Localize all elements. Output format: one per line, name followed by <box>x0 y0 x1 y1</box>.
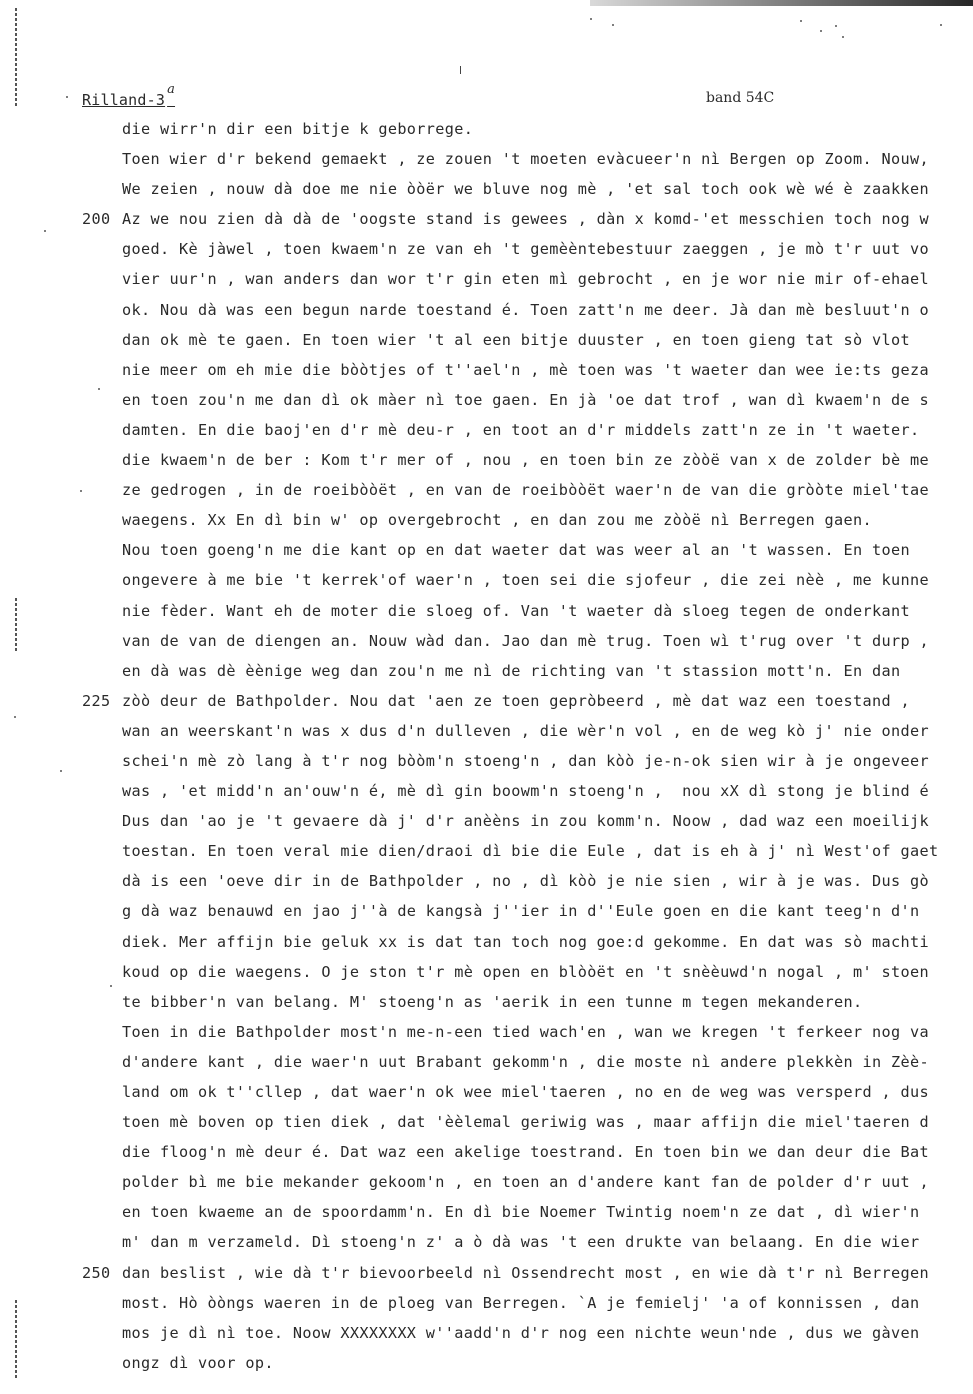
transcript-line: Toen in die Bathpolder most'n me-n-een t… <box>0 1021 973 1051</box>
line-text: dà is een 'oeve dir in de Bathpolder , n… <box>122 870 973 892</box>
transcript-line: nie meer om eh mie die bòòtjes of t''ael… <box>0 359 973 389</box>
transcript-line: ongevere à me bie 't kerrek'of waer'n , … <box>0 569 973 599</box>
transcript-body: die wirr'n dir een bitje k geborrege.Toe… <box>0 118 973 1382</box>
line-text: die floog'n mè deur é. Dat waz een akeli… <box>122 1141 973 1163</box>
transcript-line: van de van de diengen an. Nouw wàd dan. … <box>0 630 973 660</box>
line-text: ok. Nou dà was een begun narde toestand … <box>122 299 973 321</box>
line-number: 250 <box>82 1262 118 1284</box>
line-text: nie fèder. Want eh de moter die sloeg of… <box>122 600 973 622</box>
transcript-line: en toen kwaeme an de spoordamm'n. En dì … <box>0 1201 973 1231</box>
line-text: koud op die waegens. O je ston t'r mè op… <box>122 961 973 983</box>
line-text: d'andere kant , die waer'n uut Brabant g… <box>122 1051 973 1073</box>
line-text: Az we nou zien dà dà de 'oogste stand is… <box>122 208 973 230</box>
scan-speckle <box>66 96 68 98</box>
line-text: Toen in die Bathpolder most'n me-n-een t… <box>122 1021 973 1043</box>
scan-speckle <box>820 30 822 32</box>
transcript-line: waegens. Xx En dì bin w' op overgebrocht… <box>0 509 973 539</box>
line-text: was , 'et midd'n an'ouw'n é, mè dì gin b… <box>122 780 973 802</box>
transcript-line: die wirr'n dir een bitje k geborrege. <box>0 118 973 148</box>
scan-speckle <box>612 24 614 26</box>
transcript-line: mos je dì nì toe. Noow XXXXXXXX w''aadd'… <box>0 1322 973 1352</box>
transcript-line: toestan. En toen veral mie dien/draoi dì… <box>0 840 973 870</box>
line-text: toestan. En toen veral mie dien/draoi dì… <box>122 840 973 862</box>
transcript-line: die kwaem'n de ber : Kom t'r mer of , no… <box>0 449 973 479</box>
document-header-title: Rilland-3a <box>82 88 175 109</box>
transcript-line: te bibber'n van belang. M' stoeng'n as '… <box>0 991 973 1021</box>
line-text: diek. Mer affijn bie geluk xx is dat tan… <box>122 931 973 953</box>
transcript-line: 225zòò deur de Bathpolder. Nou dat 'aen … <box>0 690 973 720</box>
transcript-line: damten. En die baoj'en d'r mè deu-r , en… <box>0 419 973 449</box>
transcript-line: We zeien , nouw dà doe me nie òòër we bl… <box>0 178 973 208</box>
line-text: dan ok mè te gaen. En toen wier 't al ee… <box>122 329 973 351</box>
line-text: en toen kwaeme an de spoordamm'n. En dì … <box>122 1201 973 1223</box>
scan-speckle <box>842 36 844 38</box>
transcript-line: en dà was dè èènige weg dan zou'n me nì … <box>0 660 973 690</box>
line-text: We zeien , nouw dà doe me nie òòër we bl… <box>122 178 973 200</box>
header-title-text: Rilland-3 <box>82 91 165 109</box>
transcript-line: en toen zou'n me dan dì ok màer nì toe g… <box>0 389 973 419</box>
header-superscript: a <box>167 82 175 97</box>
transcript-line: dà is een 'oeve dir in de Bathpolder , n… <box>0 870 973 900</box>
line-text: g dà waz benauwd en jao j''à de kangsà j… <box>122 900 973 922</box>
transcript-line: vier uur'n , wan anders dan wor t'r gin … <box>0 268 973 298</box>
transcript-line: ze gedrogen , in de roeibòòët , en van d… <box>0 479 973 509</box>
transcript-line: 200Az we nou zien dà dà de 'oogste stand… <box>0 208 973 238</box>
scan-tick-mark <box>460 66 461 74</box>
transcript-line: g dà waz benauwd en jao j''à de kangsà j… <box>0 900 973 930</box>
transcript-line: wan an weerskant'n was x dus d'n dulleve… <box>0 720 973 750</box>
scan-top-streak <box>590 0 973 6</box>
transcript-line: ok. Nou dà was een begun narde toestand … <box>0 299 973 329</box>
scan-speckle <box>940 24 942 26</box>
line-text: land om ok t''cllep , dat waer'n ok wee … <box>122 1081 973 1103</box>
transcript-line: Toen wier d'r bekend gemaekt , ze zouen … <box>0 148 973 178</box>
line-text: ongevere à me bie 't kerrek'of waer'n , … <box>122 569 973 591</box>
line-text: damten. En die baoj'en d'r mè deu-r , en… <box>122 419 973 441</box>
line-text: dan beslist , wie dà t'r bievoorbeeld nì… <box>122 1262 973 1284</box>
line-text: en toen zou'n me dan dì ok màer nì toe g… <box>122 389 973 411</box>
transcript-line: dan ok mè te gaen. En toen wier 't al ee… <box>0 329 973 359</box>
line-text: vier uur'n , wan anders dan wor t'r gin … <box>122 268 973 290</box>
line-text: die kwaem'n de ber : Kom t'r mer of , no… <box>122 449 973 471</box>
line-text: die wirr'n dir een bitje k geborrege. <box>122 118 973 140</box>
transcript-line: Nou toen goeng'n me die kant op en dat w… <box>0 539 973 569</box>
transcript-line: ongz dì voor op. <box>0 1352 973 1382</box>
transcript-line: die floog'n mè deur é. Dat waz een akeli… <box>0 1141 973 1171</box>
transcript-line: most. Hò òòngs waeren in de ploeg van Be… <box>0 1292 973 1322</box>
line-text: ongz dì voor op. <box>122 1352 973 1374</box>
line-text: polder bì me bie mekander gekoom'n , en … <box>122 1171 973 1193</box>
line-text: van de van de diengen an. Nouw wàd dan. … <box>122 630 973 652</box>
line-text: most. Hò òòngs waeren in de ploeg van Be… <box>122 1292 973 1314</box>
scan-speckle <box>800 20 802 22</box>
transcript-line: goed. Kè jàwel , toen kwaem'n ze van eh … <box>0 238 973 268</box>
scan-speckle <box>590 18 592 20</box>
transcript-line: diek. Mer affijn bie geluk xx is dat tan… <box>0 931 973 961</box>
line-text: zòò deur de Bathpolder. Nou dat 'aen ze … <box>122 690 973 712</box>
transcript-line: schei'n mè zò lang à t'r nog bòòm'n stoe… <box>0 750 973 780</box>
line-text: Toen wier d'r bekend gemaekt , ze zouen … <box>122 148 973 170</box>
line-text: waegens. Xx En dì bin w' op overgebrocht… <box>122 509 973 531</box>
transcript-line: koud op die waegens. O je ston t'r mè op… <box>0 961 973 991</box>
line-text: goed. Kè jàwel , toen kwaem'n ze van eh … <box>122 238 973 260</box>
transcript-line: nie fèder. Want eh de moter die sloeg of… <box>0 600 973 630</box>
transcript-line: land om ok t''cllep , dat waer'n ok wee … <box>0 1081 973 1111</box>
transcript-line: 250dan beslist , wie dà t'r bievoorbeeld… <box>0 1262 973 1292</box>
line-text: toen mè boven op tien diek , dat 'èèlema… <box>122 1111 973 1133</box>
transcript-line: m' dan m verzameld. Dì stoeng'n z' a ò d… <box>0 1231 973 1261</box>
transcript-line: toen mè boven op tien diek , dat 'èèlema… <box>0 1111 973 1141</box>
line-text: Nou toen goeng'n me die kant op en dat w… <box>122 539 973 561</box>
line-text: m' dan m verzameld. Dì stoeng'n z' a ò d… <box>122 1231 973 1253</box>
transcript-line: d'andere kant , die waer'n uut Brabant g… <box>0 1051 973 1081</box>
transcript-line: was , 'et midd'n an'ouw'n é, mè dì gin b… <box>0 780 973 810</box>
line-text: ze gedrogen , in de roeibòòët , en van d… <box>122 479 973 501</box>
line-text: te bibber'n van belang. M' stoeng'n as '… <box>122 991 973 1013</box>
line-text: schei'n mè zò lang à t'r nog bòòm'n stoe… <box>122 750 973 772</box>
line-text: nie meer om eh mie die bòòtjes of t''ael… <box>122 359 973 381</box>
line-number: 225 <box>82 690 118 712</box>
line-text: en dà was dè èènige weg dan zou'n me nì … <box>122 660 973 682</box>
line-text: Dus dan 'ao je 't gevaere dà j' d'r anèè… <box>122 810 973 832</box>
transcript-line: polder bì me bie mekander gekoom'n , en … <box>0 1171 973 1201</box>
document-header-tape-number: band 54C <box>706 90 774 106</box>
line-text: mos je dì nì toe. Noow XXXXXXXX w''aadd'… <box>122 1322 973 1344</box>
transcript-line: Dus dan 'ao je 't gevaere dà j' d'r anèè… <box>0 810 973 840</box>
scan-speckle <box>835 25 837 27</box>
scan-margin-mark-top <box>15 8 17 108</box>
line-text: wan an weerskant'n was x dus d'n dulleve… <box>122 720 973 742</box>
line-number: 200 <box>82 208 118 230</box>
